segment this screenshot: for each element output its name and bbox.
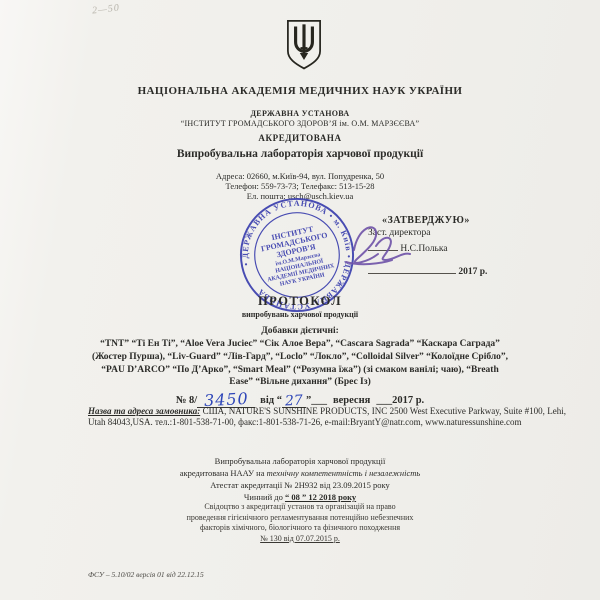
scanned-protocol-page: { "page": { "pencil_note": "2—50" }, "he… xyxy=(0,0,600,600)
number-year: ___2017 р. xyxy=(376,395,424,406)
pencil-note: 2—50 xyxy=(92,3,121,17)
number-mid: від “ xyxy=(260,395,282,406)
academy-title: НАЦІОНАЛЬНА АКАДЕМІЯ МЕДИЧНИХ НАУК УКРАЇ… xyxy=(0,85,600,97)
certificate-line: проведення гігієнічного регламентування … xyxy=(0,513,600,524)
number-month: вересня xyxy=(333,395,370,406)
valid-until-date: “ 08 ” 12 2018 року xyxy=(285,492,356,502)
products-line: “PAU D’ARCO” “По Д’Арко”, “Smart Meal” (… xyxy=(50,364,550,377)
form-code: ФСУ – 5.10/02 версія 01 від 22.12.15 xyxy=(88,570,204,579)
approval-year: 2017 р. xyxy=(458,267,487,277)
lab-title: Випробувальна лабораторія харчової проду… xyxy=(0,148,600,160)
products-line: (Жостер Пурша), “Liv-Guard” “Лів-Гард”, … xyxy=(50,351,550,364)
certificate-number: № 130 від 07.07.2015 р. xyxy=(0,534,600,545)
product-category: Добавки дієтичні: xyxy=(0,326,600,336)
accreditation-certificate: Атестат акредитації № 2Н932 від 23.09.20… xyxy=(0,479,600,491)
lab-phones: Телефон: 559-73-73; Телефакс: 513-15-28 xyxy=(0,181,600,192)
lab-address: Адреса: 02660, м.Київ-94, вул. Попудренк… xyxy=(0,171,600,182)
products-list: “TNT” “Ті Ен Ті”, “Aloe Vera Juciec” “Сі… xyxy=(50,338,550,389)
number-blank: 3450 xyxy=(197,388,255,408)
certificate-line: Свідоцтво з акредитації установ та орган… xyxy=(0,502,600,513)
protocol-title: ПРОТОКОЛ xyxy=(0,294,600,309)
accreditation-block: Випробувальна лабораторія харчової проду… xyxy=(0,455,600,503)
products-line: “TNT” “Ті Ен Ті”, “Aloe Vera Juciec” “Сі… xyxy=(50,338,550,351)
handwritten-signature xyxy=(340,216,430,272)
number-prefix: № 8/ xyxy=(176,395,197,406)
org-type: ДЕРЖАВНА УСТАНОВА xyxy=(0,109,600,118)
hygiene-certificate-block: Свідоцтво з акредитації установ та орган… xyxy=(0,502,600,544)
accreditation-prefix: акредитована НААУ на xyxy=(180,468,267,478)
accreditation-lab: Випробувальна лабораторія харчової проду… xyxy=(0,455,600,467)
certificate-line: факторів хімічного, біологічного та фізи… xyxy=(0,523,600,534)
ukraine-trident-icon xyxy=(283,16,325,74)
number-close: ”___ xyxy=(306,395,327,406)
institute-name: “ІНСТИТУТ ГРОМАДСЬКОГО ЗДОРОВ’Я ім. О.М.… xyxy=(0,119,600,128)
accredited-label: АКРЕДИТОВАНА xyxy=(0,133,600,143)
protocol-number-line: № 8/ 3450 від “ 27 ”___ вересня ___2017 … xyxy=(0,388,600,408)
customer-label: Назва та адреса замовника: xyxy=(88,406,200,416)
valid-until-prefix: Чинний до xyxy=(244,492,285,502)
customer-paragraph: Назва та адреса замовника: США, NATURE'S… xyxy=(88,406,566,428)
protocol-subtitle: випробувань харчової продукції xyxy=(0,310,600,319)
accreditation-scope: технічну компетентність і незалежність xyxy=(267,468,421,478)
